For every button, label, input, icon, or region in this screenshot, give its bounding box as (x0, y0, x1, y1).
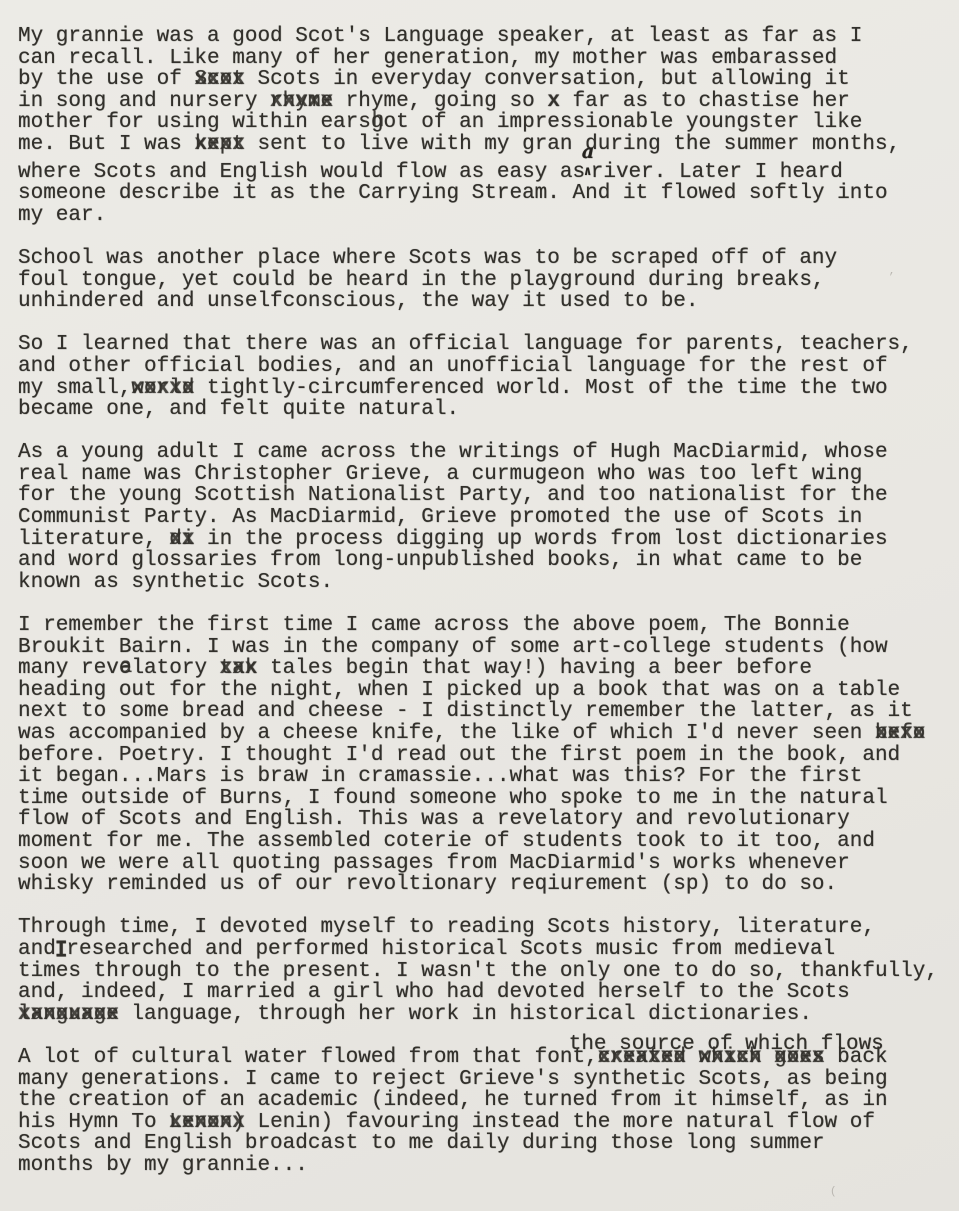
typed-text: his Hymn To (18, 1111, 169, 1134)
typed-text: and other official bodies, and an unoffi… (18, 355, 888, 378)
text-line: moment for me. The assembled coterie of … (18, 831, 943, 853)
typed-text: time outside of Burns, I found someone w… (18, 787, 888, 810)
typed-text: became one, and felt quite natural. (18, 398, 459, 421)
strikeout-x-overlay: xxxx (194, 69, 244, 91)
text-line: mother for using within earsghot of an i… (18, 112, 943, 134)
typed-text: Scots in everyday conversation, but allo… (245, 68, 850, 91)
overtyped-char: ea (119, 658, 132, 680)
text-line: As a young adult I came across the writi… (18, 442, 943, 464)
typed-text: soon we were all quoting passages from M… (18, 852, 850, 875)
text-line: many revealatory takxxx tales begin that… (18, 658, 943, 680)
handwritten-letter: a (582, 141, 595, 163)
typed-text: by the use of (18, 68, 194, 91)
text-line: my ear. (18, 205, 943, 227)
typed-text: me. But I was (18, 133, 194, 156)
typed-text: times through to the present. I wasn't t… (18, 960, 938, 983)
text-line: before. Poetry. I thought I'd read out t… (18, 745, 943, 767)
typewritten-page: My grannie was a good Scot's Language sp… (0, 0, 959, 1211)
typed-text: latory (131, 657, 219, 680)
struck-word: createdxxxxxxx (598, 1047, 686, 1069)
strikeout-x-overlay: xxxxx (699, 1047, 762, 1069)
typed-text: river. Later I heard (591, 161, 843, 184)
typed-text: researched and performed historical Scot… (66, 938, 835, 961)
typed-text: and, indeed, I married a girl who had de… (18, 981, 850, 1004)
text-line: and word glossaries from long-unpublishe… (18, 550, 943, 572)
text-line: Through time, I devoted myself to readin… (18, 917, 943, 939)
typed-text: heading out for the night, when I picked… (18, 679, 900, 702)
typed-text: before. Poetry. I thought I'd read out t… (18, 744, 900, 767)
strikeout-x-overlay: xxxx (774, 1047, 824, 1069)
typed-text: someone describe it as the Carrying Stre… (18, 182, 888, 205)
text-line: My grannie was a good Scot's Language sp… (18, 26, 943, 48)
typed-text: unhindered and unselfconscious, the way … (18, 290, 699, 313)
typed-text: So I learned that there was an official … (18, 333, 913, 356)
strikeout-x-overlay: xxxxx (131, 378, 194, 400)
typed-text: I remember the first time I came across … (18, 614, 850, 637)
typed-text: where Scots and English would flow as ea… (18, 161, 585, 184)
typed-text: for the young Scottish Nationalist Party… (18, 484, 888, 507)
typed-text: As a young adult I came across the writi… (18, 441, 888, 464)
text-line: andIresearched and performed historical … (18, 939, 943, 961)
typed-text: months by my grannie... (18, 1154, 308, 1177)
typed-text: and word glossaries from long-unpublishe… (18, 549, 862, 572)
text-line: was accompanied by a cheese knife, the l… (18, 723, 943, 745)
text-line: literature, dixx in the process digging … (18, 529, 943, 551)
typed-text: in song and nursery (18, 90, 270, 113)
text-line: times through to the present. I wasn't t… (18, 961, 943, 983)
text-line: the creation of an academic (indeed, he … (18, 1090, 943, 1112)
text-line: real name was Christopher Grieve, a curm… (18, 464, 943, 486)
typed-text: rhyme, going so (333, 90, 547, 113)
struck-word: xx (547, 91, 560, 113)
typed-text: Scots and English broadcast to me daily … (18, 1132, 825, 1155)
text-line: Communist Party. As MacDiarmid, Grieve p… (18, 507, 943, 529)
document-body: My grannie was a good Scot's Language sp… (18, 26, 943, 1176)
text-line: and, indeed, I married a girl who had de… (18, 982, 943, 1004)
typed-text: known as synthetic Scots. (18, 571, 333, 594)
typed-text: language, through her work in historical… (119, 1003, 812, 1026)
overtyped-char: gh (371, 112, 384, 134)
typed-text: my small, (18, 377, 131, 400)
overtype-correction: h (372, 111, 385, 133)
paragraph: School was another place where Scots was… (18, 248, 943, 313)
strikeout-x-overlay: xxx (220, 658, 258, 680)
struck-word: goesxxxx (774, 1047, 824, 1069)
struck-word: languagexxxxxxxx (18, 1004, 119, 1026)
typed-text: flow of Scots and English. This was a re… (18, 808, 850, 831)
text-line: School was another place where Scots was… (18, 248, 943, 270)
struck-word: takxxx (220, 658, 258, 680)
typed-text: it began...Mars is braw in cramassie...w… (18, 765, 862, 788)
typed-text: in the process digging up words from los… (194, 528, 887, 551)
text-line: unhindered and unselfconscious, the way … (18, 291, 943, 313)
paragraph: A lot of cultural water flowed from that… (18, 1047, 943, 1177)
typed-text: real name was Christopher Grieve, a curm… (18, 463, 862, 486)
text-line: can recall. Like many of her generation,… (18, 48, 943, 70)
typed-text: My grannie was a good Scot's Language sp… (18, 25, 862, 48)
typed-text: sent to live with my gran during the sum… (245, 133, 900, 156)
text-line: time outside of Burns, I found someone w… (18, 788, 943, 810)
typed-text: foul tongue, yet could be heard in the p… (18, 269, 825, 292)
typed-text: mother for using within ears (18, 111, 371, 134)
strikeout-x-overlay: xxxxxxxx (18, 1004, 119, 1026)
typed-text: tales begin that way!) having a beer bef… (257, 657, 812, 680)
struck-word: whichxxxxx (699, 1047, 762, 1069)
typed-text: many generations. I came to reject Griev… (18, 1068, 888, 1091)
typed-text: A lot of cultural water flowed from that… (18, 1046, 598, 1069)
struck-word: dixx (169, 529, 194, 551)
text-line: So I learned that there was an official … (18, 334, 943, 356)
strikeout-x-overlay: xxxx (194, 134, 244, 156)
text-line: me. But I was keptxxxx sent to live with… (18, 134, 943, 156)
caret-mark: ∧ (584, 161, 592, 183)
struck-word: rhymexxxxx (270, 91, 333, 113)
typed-text: can recall. Like many of her generation,… (18, 47, 837, 70)
text-line: Broukit Bairn. I was in the company of s… (18, 637, 943, 659)
paper-speck: ( (830, 1186, 837, 1198)
paragraph: So I learned that there was an official … (18, 334, 943, 420)
text-line: A lot of cultural water flowed from that… (18, 1047, 943, 1069)
text-line: became one, and felt quite natural. (18, 399, 943, 421)
strikeout-x-overlay: x (547, 91, 560, 113)
typed-text: my ear. (18, 204, 106, 227)
typed-text: the creation of an academic (indeed, he … (18, 1089, 888, 1112)
text-line: someone describe it as the Carrying Stre… (18, 183, 943, 205)
typed-text: was accompanied by a cheese knife, the l… (18, 722, 875, 745)
handwritten-caret-insert: a∧ (585, 156, 591, 177)
paragraph: I remember the first time I came across … (18, 615, 943, 896)
text-line: known as synthetic Scots. (18, 572, 943, 594)
typed-text: whisky reminded us of our revoltionary r… (18, 873, 837, 896)
text-line: months by my grannie... (18, 1155, 943, 1177)
paragraph: As a young adult I came across the writi… (18, 442, 943, 593)
text-line: I remember the first time I came across … (18, 615, 943, 637)
struck-word: Scotxxxx (194, 69, 244, 91)
text-line: whisky reminded us of our revoltionary r… (18, 874, 943, 896)
text-line: many generations. I came to reject Griev… (18, 1069, 943, 1091)
text-line: for the young Scottish Nationalist Party… (18, 485, 943, 507)
struck-word: worldxxxxx (131, 378, 194, 400)
text-line: my small,worldxxxxx tightly-circumferenc… (18, 378, 943, 400)
text-line: languagexxxxxxxx language, through her w… (18, 1004, 943, 1026)
text-line: next to some bread and cheese - I distin… (18, 701, 943, 723)
paragraph: Through time, I devoted myself to readin… (18, 917, 943, 1025)
text-line: Scots and English broadcast to me daily … (18, 1133, 943, 1155)
paper-speck: ’ (888, 272, 895, 284)
text-line: and other official bodies, and an unoffi… (18, 356, 943, 378)
strikeout-x-overlay: xxxxxx (169, 1112, 245, 1134)
typed-text: many rev (18, 657, 119, 680)
typed-text: and (18, 938, 56, 961)
typed-text: ot of an impressionable youngster like (383, 111, 862, 134)
text-line: by the use of Scotxxxx Scots in everyday… (18, 69, 943, 91)
text-line: his Hymn To Lenon)xxxxxx Lenin) favourin… (18, 1112, 943, 1134)
typed-text: literature, (18, 528, 169, 551)
paragraph: My grannie was a good Scot's Language sp… (18, 26, 943, 226)
text-line: heading out for the night, when I picked… (18, 680, 943, 702)
typed-text: tightly-circumferenced world. Most of th… (194, 377, 887, 400)
typed-text: Communist Party. As MacDiarmid, Grieve p… (18, 506, 862, 529)
typed-text: Lenin) favouring instead the more natura… (245, 1111, 875, 1134)
typed-text: next to some bread and cheese - I distin… (18, 700, 913, 723)
text-line: it began...Mars is braw in cramassie...w… (18, 766, 943, 788)
strikeout-x-overlay: xxxx (875, 723, 925, 745)
typed-text: School was another place where Scots was… (18, 247, 837, 270)
typed-text: far as to chastise her (560, 90, 850, 113)
strikeout-x-overlay: xxxxxxx (598, 1047, 686, 1069)
typed-text: Broukit Bairn. I was in the company of s… (18, 636, 888, 659)
typed-text: Through time, I devoted myself to readin… (18, 916, 875, 939)
struck-word: keptxxxx (194, 134, 244, 156)
text-line: in song and nursery rhymexxxxx rhyme, go… (18, 91, 943, 113)
text-line: where Scots and English would flow as ea… (18, 156, 943, 184)
text-line: foul tongue, yet could be heard in the p… (18, 270, 943, 292)
struck-word: Lenon)xxxxxx (169, 1112, 245, 1134)
strikeout-x-overlay: xxxxx (270, 91, 333, 113)
struck-word: befoxxxx (875, 723, 925, 745)
text-line: flow of Scots and English. This was a re… (18, 809, 943, 831)
typed-text: moment for me. The assembled coterie of … (18, 830, 875, 853)
text-line: soon we were all quoting passages from M… (18, 853, 943, 875)
strikeout-x-overlay: xx (169, 529, 194, 551)
overtype-correction: a (120, 657, 133, 679)
